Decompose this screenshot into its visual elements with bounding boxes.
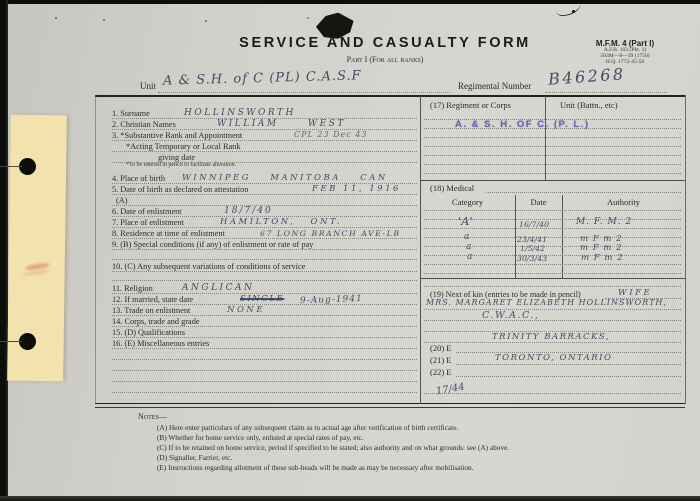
field-misc-entries: 16. (E) Miscellaneous entries — [112, 337, 417, 349]
form-subtitle: Part I (For all ranks) — [170, 55, 600, 64]
e21-label: (21) E — [430, 355, 451, 365]
field-label: 4. Place of birth — [112, 174, 165, 183]
note-item: (A) Here enter particulars of any subseq… — [157, 423, 458, 432]
field-label: giving date — [158, 153, 195, 162]
pen-dot — [572, 10, 575, 13]
scan-edge-left — [0, 0, 8, 501]
field-label: 12. If married, state date — [112, 295, 193, 304]
medical-category: a — [467, 252, 472, 262]
field-label: 8. Residence at time of enlistment — [112, 229, 225, 238]
field-label: 11. Religion — [112, 284, 153, 293]
field-label: 10. (C) Any subsequent variations of con… — [112, 262, 305, 271]
e22-label: (22) E — [430, 367, 451, 377]
notes-heading: Notes— — [138, 412, 167, 421]
note-item: (C) If to be retained on home service, p… — [157, 443, 509, 452]
dotted-line — [424, 173, 681, 174]
medical-authority: m F m 2 — [580, 243, 623, 253]
field-special-conditions: 9. (B) Special conditions (if any) of en… — [112, 238, 417, 250]
medical-label: (18) Medical — [430, 183, 474, 193]
regimental-number-label: Regimental Number — [458, 81, 531, 91]
field-variations: 10. (C) Any subsequent variations of con… — [112, 260, 417, 272]
medical-category: a — [464, 232, 469, 242]
field-value: 67 LONG BRANCH AVE-LB — [260, 229, 401, 238]
dotted-line — [424, 286, 681, 287]
pencil-footnote: *To be entered in pencil to facilitate a… — [126, 162, 236, 168]
dotted-line — [424, 155, 681, 156]
field-label: 6. Date of enlistment — [112, 207, 182, 216]
dotted-line — [424, 255, 681, 256]
medical-header-date: Date — [515, 197, 562, 207]
dotted-line — [424, 342, 681, 343]
field-label: 5. Date of birth as declared on attestat… — [112, 185, 248, 194]
dotted-line — [424, 146, 681, 147]
dotted-line — [424, 393, 681, 394]
field-label: 14. Corps, trade and grade — [112, 317, 200, 326]
field-value: NONE — [227, 305, 265, 315]
notes-section: Notes— (A) Here enter particulars of any… — [138, 412, 167, 421]
dotted-line — [112, 280, 417, 281]
kin-relation: WIFE — [618, 288, 652, 298]
dotted-line — [424, 264, 681, 265]
dotted-line — [158, 92, 450, 93]
regiment-or-corps-label: (17) Regiment or Corps — [430, 100, 511, 110]
field-label: 2. Christian Names — [112, 120, 176, 129]
field-label: 1. Surname — [112, 109, 150, 118]
kin-name: MRS. MARGARET ELIZABETH HOLLINSWORTH, — [426, 298, 667, 307]
medical-authority: m F m 2 — [581, 253, 624, 263]
field-value: CPL 23 Dec 43 — [294, 130, 367, 139]
field-value: ANGLICAN — [182, 283, 254, 293]
dotted-line — [456, 376, 681, 377]
section17-divider — [545, 96, 546, 180]
section-divider — [420, 278, 685, 279]
field-label: 9. (B) Special conditions (if any) of en… — [112, 240, 313, 249]
medical-header-category: Category — [420, 197, 515, 207]
scanned-document: M.F.M. 4 (Part I) A.F.B. 103 (Pkt. 1) 50… — [0, 0, 700, 501]
dotted-line — [424, 237, 681, 238]
field-value: 18/7/40 — [224, 206, 273, 216]
field-label: 13. Trade on enlistment — [112, 306, 190, 315]
e20-label: (20) E — [430, 343, 451, 353]
dust-specks — [55, 17, 57, 19]
dotted-line — [424, 320, 681, 321]
field-label: (A) — [116, 196, 128, 205]
right-column: (17) Regiment or Corps Unit (Battn., etc… — [420, 96, 685, 405]
dotted-line — [424, 309, 681, 310]
medical-header-authority: Authority — [562, 197, 685, 207]
dotted-line — [424, 246, 681, 247]
kin-city: TORONTO, ONTARIO — [495, 353, 612, 363]
field-value: WILLIAM WEST — [217, 119, 346, 129]
medical-date: 30/3/43 — [517, 254, 547, 263]
medical-date: 23/4/41 — [517, 235, 547, 244]
dotted-line — [112, 392, 417, 393]
field-value: WINNIPEG MANITOBA CAN — [182, 173, 388, 183]
medical-date: 16/7/40 — [519, 220, 549, 229]
table-border-right — [685, 95, 686, 404]
dotted-line — [112, 370, 417, 371]
field-label: 15. (D) Qualifications — [112, 328, 185, 337]
hand-note: 17/44 — [435, 382, 465, 398]
dotted-line — [112, 359, 417, 360]
dotted-line — [424, 228, 681, 229]
field-value: HOLLINSWORTH — [184, 108, 296, 118]
unit-battn-label: Unit (Battn., etc) — [560, 100, 618, 110]
punch-guide-line — [0, 166, 22, 167]
field-label: *Acting Temporary or Local Rank — [126, 142, 240, 151]
field-value: FEB 11, 1916 — [312, 184, 401, 194]
section-divider — [420, 180, 685, 181]
note-item: (E) Instructions regarding allotment of … — [157, 463, 474, 472]
dotted-line — [112, 381, 417, 382]
punch-guide-line — [0, 341, 22, 342]
note-item: (B) Whether for home service only, enlis… — [157, 433, 364, 442]
regiment-stamp: A. & S. H. OF C. (P. L.) — [455, 119, 590, 130]
dotted-line — [456, 364, 681, 365]
kin-unit: C.W.A.C., — [482, 310, 539, 321]
medical-date: 1/5/42 — [520, 244, 545, 253]
dotted-line — [424, 137, 681, 138]
dotted-line — [486, 192, 681, 193]
field-label: 16. (E) Miscellaneous entries — [112, 339, 209, 348]
field-value-struck: SINGLE — [240, 294, 284, 304]
medical-authority: M. F. M. 2 — [576, 217, 632, 227]
medical-category: 'A' — [458, 214, 473, 228]
form-title: SERVICE AND CASUALTY FORM — [170, 35, 600, 51]
field-value: HAMILTON, ONT. — [220, 217, 342, 227]
medical-category: a — [466, 242, 471, 252]
dotted-line — [424, 164, 681, 165]
dotted-line — [545, 92, 667, 93]
unit-label: Unit — [140, 81, 156, 91]
scan-edge-bottom — [0, 496, 700, 501]
field-label: 7. Place of enlistment — [112, 218, 184, 227]
table-border-left — [95, 95, 96, 404]
kin-address: TRINITY BARRACKS, — [492, 332, 610, 342]
dotted-line — [424, 210, 681, 211]
note-item: (D) Signaller, Farrier, etc. — [157, 453, 232, 462]
dotted-line — [424, 273, 681, 274]
field-label: 3. *Substantive Rank and Appointment — [112, 131, 242, 140]
scan-edge-top — [0, 0, 700, 4]
